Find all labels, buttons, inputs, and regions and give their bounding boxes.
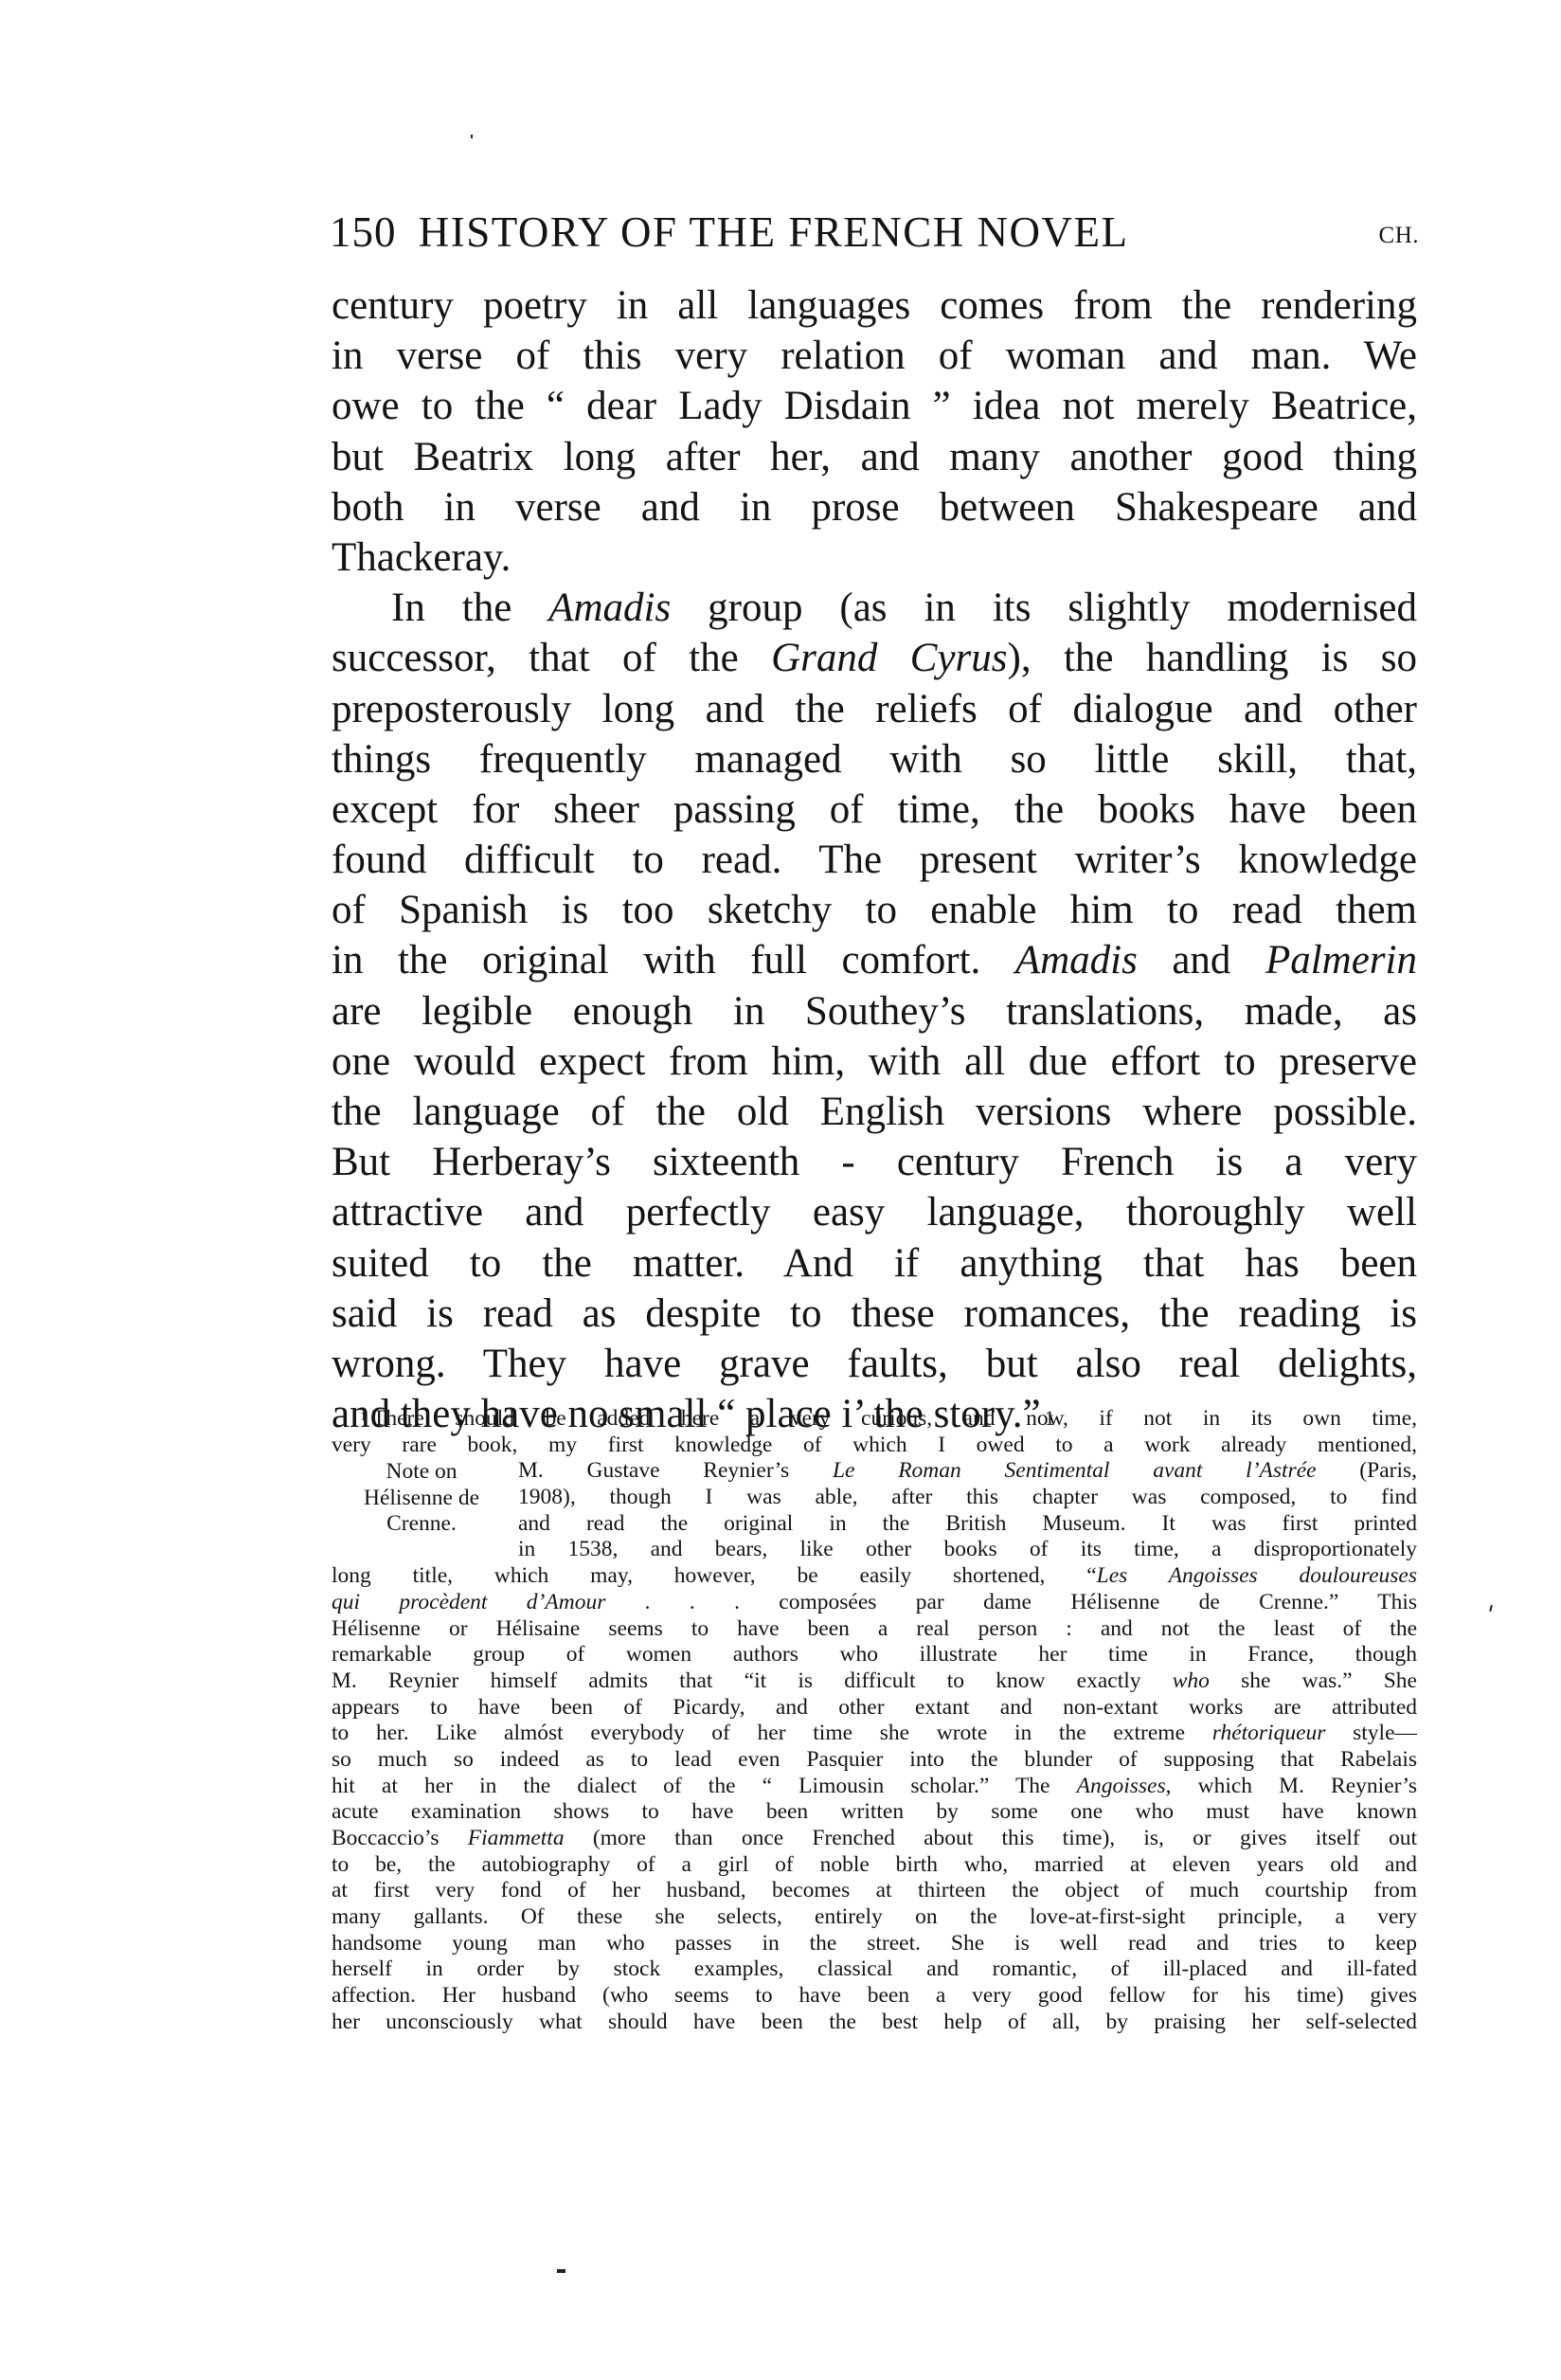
footnote: 1There should be added here a very curio…	[332, 1406, 1417, 2036]
footnote-line: long title, which may, however, be easil…	[332, 1563, 1417, 1590]
footnote-marker: 1	[360, 1410, 367, 1424]
footnote-line: many gallants. Of these she selects, ent…	[332, 1904, 1417, 1931]
text-line: attractive and perfectly easy language, …	[332, 1187, 1417, 1237]
footnote-line: qui procèdent d’Amour . . . composées pa…	[332, 1590, 1417, 1616]
footnote-line: so much so indeed as to lead even Pasqui…	[332, 1747, 1417, 1774]
running-header: 150 HISTORY OF THE FRENCH NOVEL CH.	[330, 207, 1419, 258]
footnote-line: acute examination shows to have been wri…	[332, 1799, 1417, 1826]
text-line: are legible enough in Southey’s translat…	[332, 986, 1417, 1037]
text-line: in verse of this very relation of woman …	[332, 331, 1417, 381]
running-title: HISTORY OF THE FRENCH NOVEL	[419, 207, 1129, 258]
footnote-line: her unconsciously what should have been …	[332, 2010, 1417, 2036]
scan-speck	[557, 2269, 565, 2273]
footnote-line: Boccaccio’s Fiammetta (more than once Fr…	[332, 1826, 1417, 1852]
main-text: century poetry in all languages comes fr…	[332, 280, 1417, 1439]
text-line: century poetry in all languages comes fr…	[332, 280, 1417, 331]
text-line: in the original with full comfort. Amadi…	[332, 935, 1417, 985]
footnote-line: 1There should be added here a very curio…	[332, 1406, 1417, 1433]
text-line: successor, that of the Grand Cyrus), the…	[332, 633, 1417, 683]
text-line: found difficult to read. The present wri…	[332, 835, 1417, 885]
footnote-line: Hélisenne or Hélisaine seems to have bee…	[332, 1616, 1417, 1643]
text-line: the language of the old English versions…	[332, 1087, 1417, 1137]
scan-speck	[1489, 1605, 1493, 1612]
footnote-line: to her. Like almóst everybody of her tim…	[332, 1721, 1417, 1747]
footnote-line: in 1538, and bears, like other books of …	[518, 1537, 1417, 1563]
footnote-line: herself in order by stock examples, clas…	[332, 1956, 1417, 1983]
footnote-line: at first very fond of her husband, becom…	[332, 1878, 1417, 1904]
footnote-line: hit at her in the dialect of the “ Limou…	[332, 1774, 1417, 1800]
paragraph-2: In the Amadis group (as in its slightly …	[332, 583, 1417, 1439]
footnote-line: M. Gustave Reynier’s Le Roman Sentimenta…	[518, 1458, 1417, 1485]
footnote-line: and read the original in the British Mus…	[518, 1511, 1417, 1538]
text-line: except for sheer passing of time, the bo…	[332, 784, 1417, 835]
footnote-line: very rare book, my first knowledge of wh…	[332, 1433, 1417, 1459]
page-number: 150	[330, 207, 397, 258]
text-line: But Herberay’s sixteenth - century Frenc…	[332, 1137, 1417, 1187]
footnote-line: M. Reynier himself admits that “it is di…	[332, 1668, 1417, 1695]
footnote-line: appears to have been of Picardy, and oth…	[332, 1695, 1417, 1722]
text-line: said is read as despite to these romance…	[332, 1289, 1417, 1339]
text-line: owe to the “ dear Lady Disdain ” idea no…	[332, 381, 1417, 431]
text-line: In the Amadis group (as in its slightly …	[332, 583, 1417, 633]
text-line: preposterously long and the reliefs of d…	[332, 684, 1417, 734]
book-page: 150 HISTORY OF THE FRENCH NOVEL CH. cent…	[0, 0, 1561, 2380]
footnote-line: affection. Her husband (who seems to hav…	[332, 1983, 1417, 2010]
text-line: one would expect from him, with all due …	[332, 1037, 1417, 1087]
text-line: both in verse and in prose between Shake…	[332, 482, 1417, 532]
text-line: Thackeray.	[332, 532, 1417, 583]
footnote-line: to be, the autobiography of a girl of no…	[332, 1852, 1417, 1879]
footnote-line: 1908), though I was able, after this cha…	[518, 1485, 1417, 1511]
chapter-abbrev: CH.	[1379, 210, 1419, 261]
text-line: things frequently managed with so little…	[332, 734, 1417, 784]
scan-speck	[471, 135, 473, 138]
text-line: of Spanish is too sketchy to enable him …	[332, 885, 1417, 935]
text-line: suited to the matter. And if anything th…	[332, 1238, 1417, 1289]
footnote-line: handsome young man who passes in the str…	[332, 1931, 1417, 1957]
footnote-line: remarkable group of women authors who il…	[332, 1642, 1417, 1668]
paragraph-1: century poetry in all languages comes fr…	[332, 280, 1417, 583]
text-line: wrong. They have grave faults, but also …	[332, 1339, 1417, 1389]
text-line: but Beatrix long after her, and many ano…	[332, 432, 1417, 482]
